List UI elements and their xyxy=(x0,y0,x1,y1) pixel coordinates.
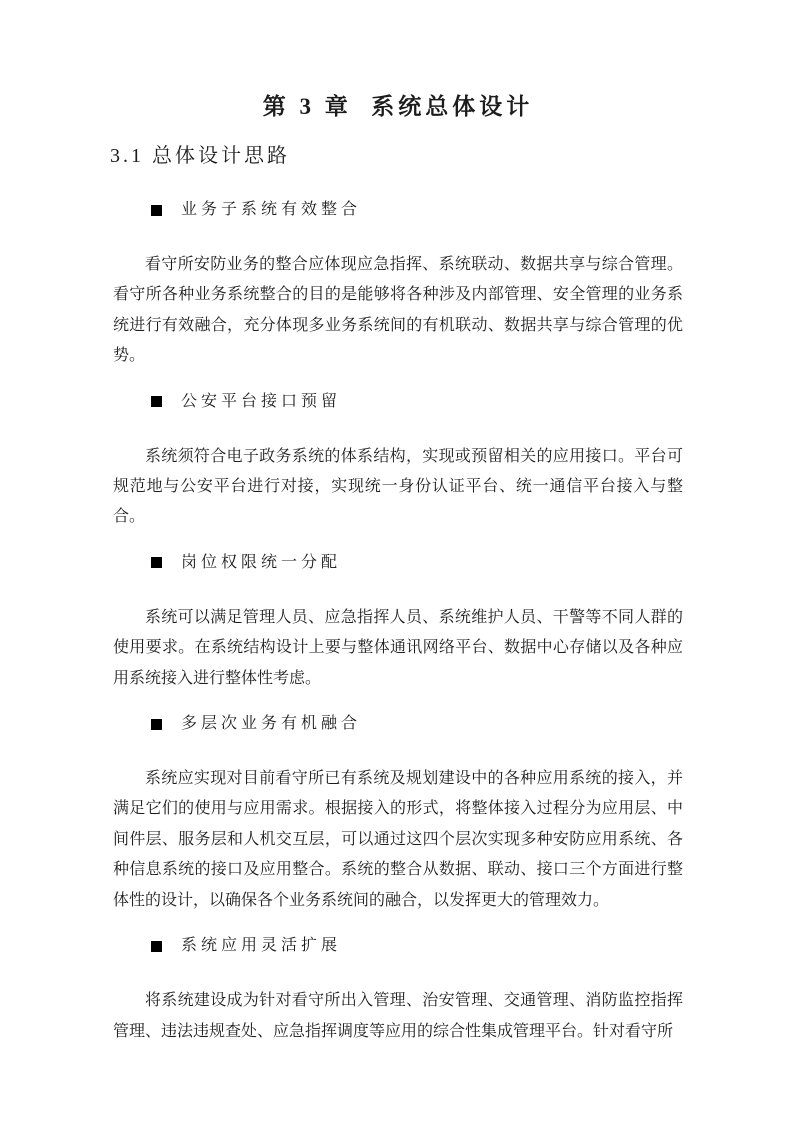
section-heading: 3.1 总体设计思路 xyxy=(110,144,683,168)
bullet-item: 多层次业务有机融合 xyxy=(113,712,683,736)
bullet-item: 系统应用灵活扩展 xyxy=(113,934,683,958)
topic-business-subsystem-integration: 业务子系统有效整合 看守所安防业务的整合应体现应急指挥、系统联动、数据共享与综合… xyxy=(113,198,683,372)
bullet-item: 岗位权限统一分配 xyxy=(113,551,683,575)
bullet-square-icon xyxy=(151,557,162,568)
topic-paragraph: 系统应实现对目前看守所已有系统及规划建设中的各种应用系统的接入，并满足它们的使用… xyxy=(113,764,683,916)
bullet-label: 系统应用灵活扩展 xyxy=(181,934,341,958)
bullet-square-icon xyxy=(151,719,162,730)
topic-role-permission-assignment: 岗位权限统一分配 系统可以满足管理人员、应急指挥人员、系统维护人员、干警等不同人… xyxy=(113,551,683,694)
bullet-square-icon xyxy=(151,941,162,952)
bullet-label: 多层次业务有机融合 xyxy=(181,712,361,736)
topic-paragraph: 看守所安防业务的整合应体现应急指挥、系统联动、数据共享与综合管理。看守所各种业务… xyxy=(113,250,683,372)
topic-police-platform-interface: 公安平台接口预留 系统须符合电子政务系统的体系结构，实现或预留相关的应用接口。平… xyxy=(113,390,683,533)
chapter-title: 第 3 章 系统总体设计 xyxy=(113,0,683,120)
bullet-label: 公安平台接口预留 xyxy=(181,390,341,414)
bullet-item: 业务子系统有效整合 xyxy=(113,198,683,222)
document-page: 第 3 章 系统总体设计 3.1 总体设计思路 业务子系统有效整合 看守所安防业… xyxy=(0,0,793,1122)
topic-paragraph: 系统可以满足管理人员、应急指挥人员、系统维护人员、干警等不同人群的使用要求。在系… xyxy=(113,603,683,694)
topic-multilayer-business-fusion: 多层次业务有机融合 系统应实现对目前看守所已有系统及规划建设中的各种应用系统的接… xyxy=(113,712,683,916)
bullet-label: 业务子系统有效整合 xyxy=(181,198,361,222)
topic-paragraph: 将系统建设成为针对看守所出入管理、治安管理、交通管理、消防监控指挥管理、违法违规… xyxy=(113,986,683,1047)
bullet-square-icon xyxy=(151,396,162,407)
bullet-label: 岗位权限统一分配 xyxy=(181,551,341,575)
topic-paragraph: 系统须符合电子政务系统的体系结构，实现或预留相关的应用接口。平台可规范地与公安平… xyxy=(113,442,683,533)
topic-flexible-system-expansion: 系统应用灵活扩展 将系统建设成为针对看守所出入管理、治安管理、交通管理、消防监控… xyxy=(113,934,683,1047)
bullet-square-icon xyxy=(151,205,162,216)
bullet-item: 公安平台接口预留 xyxy=(113,390,683,414)
